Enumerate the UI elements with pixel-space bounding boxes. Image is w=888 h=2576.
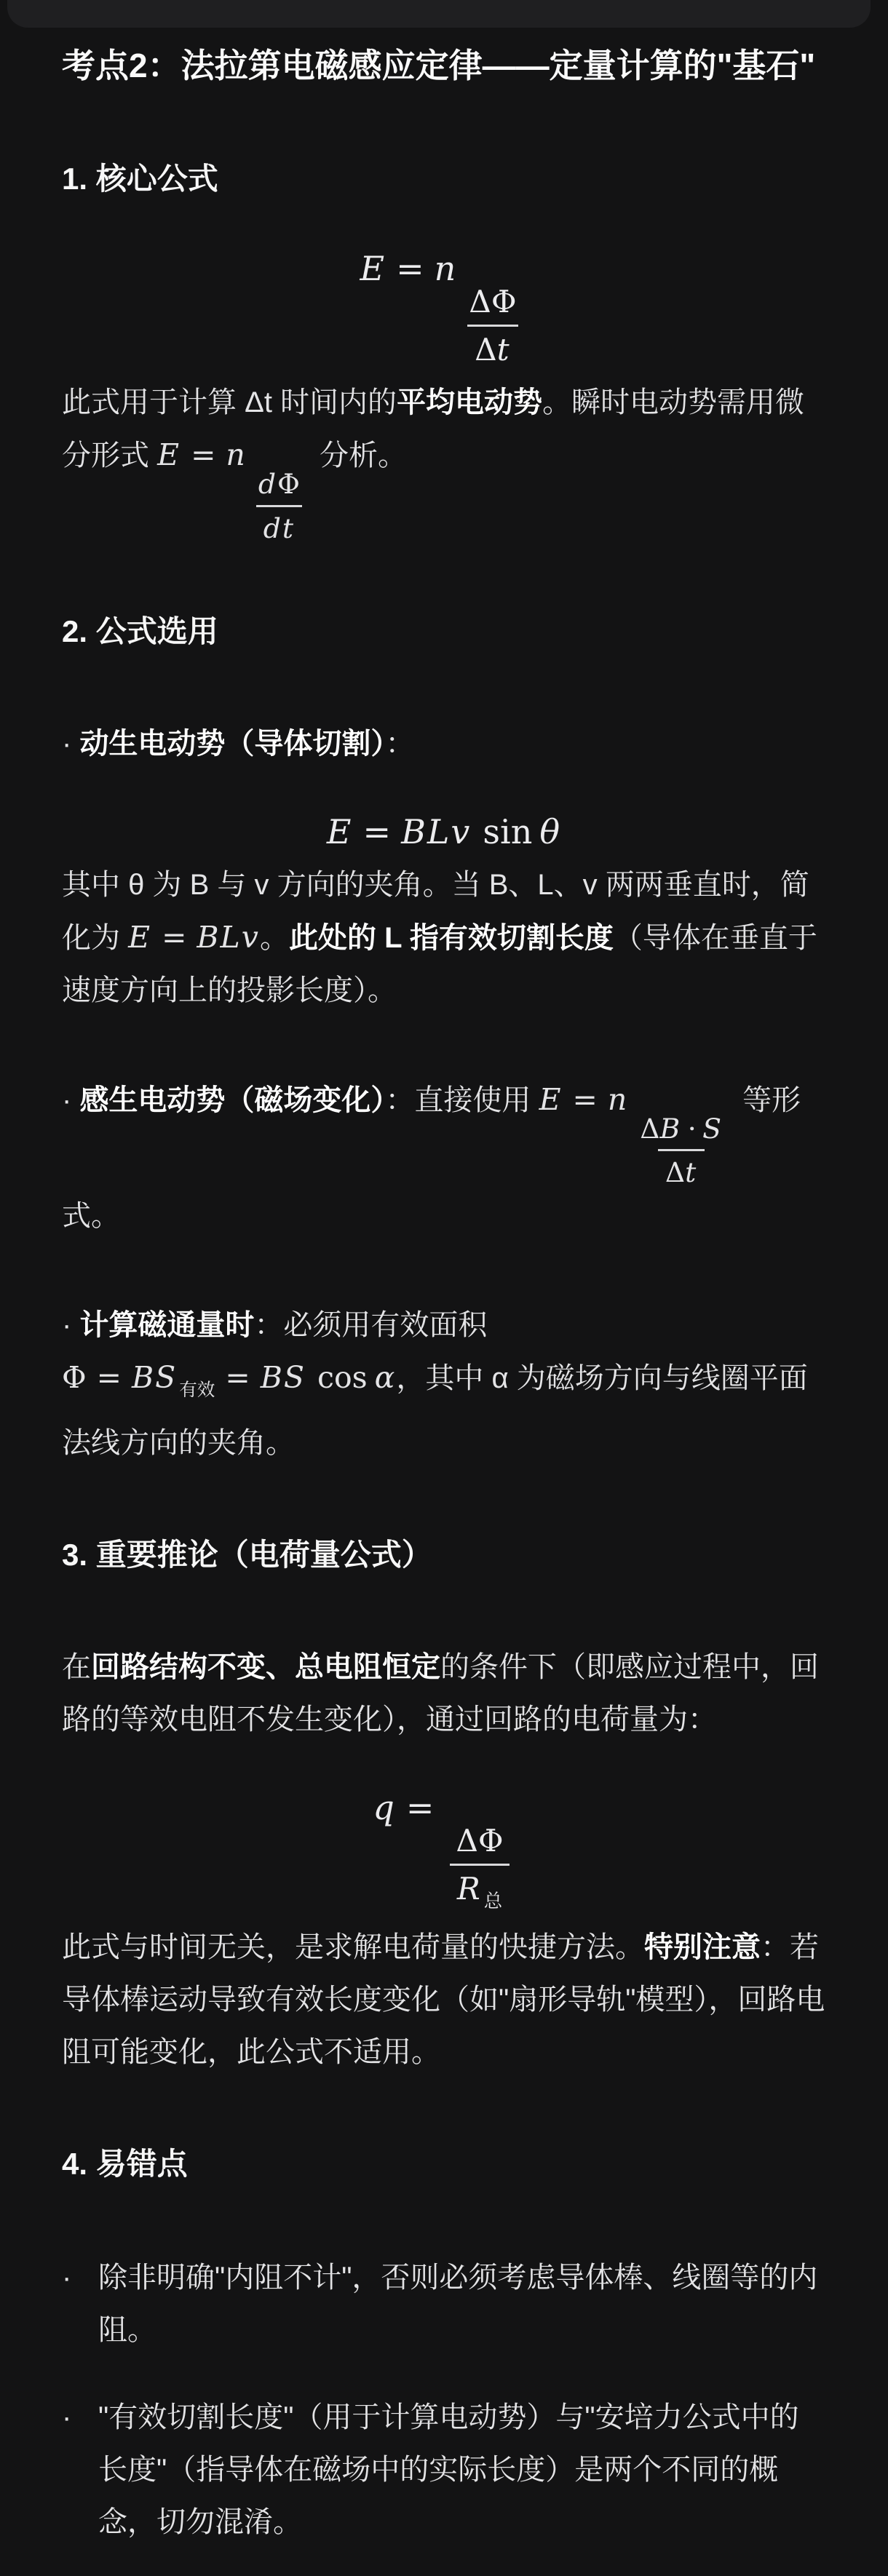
math-formula: E=nΔB⋅SΔt: [539, 1082, 734, 1117]
fraction: ΔΦΔt: [461, 283, 523, 370]
math-formula: Φ=BS有效=BScosα: [62, 1360, 396, 1395]
formula-display: q=ΔΦR总: [62, 1788, 826, 1914]
bold-text: 回路结构不变、总电阻恒定: [91, 1651, 440, 1683]
text-run: ·: [62, 728, 79, 760]
paragraph: 此式用于计算 Δt 时间内的平均电动势。瞬时电动势需用微分形式 E=ndΦdt …: [62, 376, 826, 545]
bullet-icon: ·: [62, 2391, 98, 2444]
list-item: ·除非明确"内阻不计"，否则必须考虑导体棒、线圈等的内阻。: [62, 2251, 826, 2356]
text-run: 分析。: [312, 440, 407, 472]
fraction: ΔB⋅SΔt: [633, 1112, 730, 1190]
math-formula: E=BLvsinθ: [327, 812, 561, 851]
paragraph: · 动生电动势（导体切割）：: [62, 717, 826, 770]
list-item-text: 除非明确"内阻不计"，否则必须考虑导体棒、线圈等的内阻。: [98, 2251, 826, 2356]
text-run: 。: [260, 922, 289, 954]
text-run: 除非明确"内阻不计"，否则必须考虑导体棒、线圈等的内阻。: [98, 2262, 817, 2346]
document-title: 考点2：法拉第电磁感应定律——定量计算的"基石": [62, 33, 826, 98]
previous-card-bottom-edge: [7, 0, 871, 28]
list-item: ·"有效切割长度"（用于计算电动势）与"安培力公式中的长度"（指导体在磁场中的实…: [62, 2391, 826, 2548]
text-run: "有效切割长度"（用于计算电动势）与"安培力公式中的长度"（指导体在磁场中的实际…: [98, 2401, 799, 2538]
section-heading: 3. 重要推论（电荷量公式）: [62, 1533, 826, 1577]
paragraph: · 感生电动势（磁场变化）：直接使用 E=nΔB⋅SΔt 等形式。: [62, 1073, 826, 1242]
bold-text: 计算磁通量时: [79, 1309, 254, 1341]
bold-text: 此处的 L 指有效切割长度: [289, 922, 614, 954]
text-run: 在: [62, 1651, 91, 1683]
formula-display: E=nΔΦΔt: [62, 249, 826, 369]
text-run: ：: [385, 728, 414, 760]
bullet-icon: ·: [62, 2251, 98, 2304]
document-content: 考点2：法拉第电磁感应定律——定量计算的"基石"1. 核心公式E=nΔΦΔt此式…: [0, 33, 888, 2576]
section-heading: 2. 公式选用: [62, 610, 826, 653]
fraction: dΦdt: [251, 467, 307, 545]
fraction: ΔΦR总: [448, 1822, 510, 1914]
bold-text: 平均电动势: [397, 386, 542, 418]
text-run: ：直接使用: [385, 1084, 539, 1116]
bold-text: 动生电动势（导体切割）: [79, 728, 385, 760]
paragraph: · 计算磁通量时：必须用有效面积 Φ=BS有效=BScosα，其中 α 为磁场方…: [62, 1299, 826, 1469]
formula-display: E=BLvsinθ: [62, 812, 826, 851]
bold-text: 感生电动势（磁场变化）: [79, 1084, 385, 1116]
bold-text: 特别注意: [644, 1931, 761, 1963]
text-run: ：必须用有效面积: [254, 1309, 487, 1341]
math-formula: q=ΔΦR总: [373, 1788, 515, 1827]
text-run: 此式用于计算 Δt 时间内的: [62, 386, 397, 418]
text-run: ·: [62, 1084, 79, 1116]
paragraph: 在回路结构不变、总电阻恒定的条件下（即感应过程中，回路的等效电阻不发生变化），通…: [62, 1641, 826, 1746]
section-heading: 1. 核心公式: [62, 157, 826, 201]
text-run: 此式与时间无关，是求解电荷量的快捷方法。: [62, 1931, 644, 1963]
paragraph: 其中 θ 为 B 与 v 方向的夹角。当 B、L、v 两两垂直时，简化为 E=B…: [62, 859, 826, 1017]
section-heading: 4. 易错点: [62, 2142, 826, 2186]
math-formula: E=BLv: [128, 920, 260, 955]
text-run: ·: [62, 1309, 79, 1341]
list-item-text: "有效切割长度"（用于计算电动势）与"安培力公式中的长度"（指导体在磁场中的实际…: [98, 2391, 826, 2548]
math-formula: E=nΔΦΔt: [360, 249, 528, 288]
paragraph: 此式与时间无关，是求解电荷量的快捷方法。特别注意：若导体棒运动导致有效长度变化（…: [62, 1921, 826, 2078]
math-formula: E=ndΦdt: [157, 437, 312, 472]
